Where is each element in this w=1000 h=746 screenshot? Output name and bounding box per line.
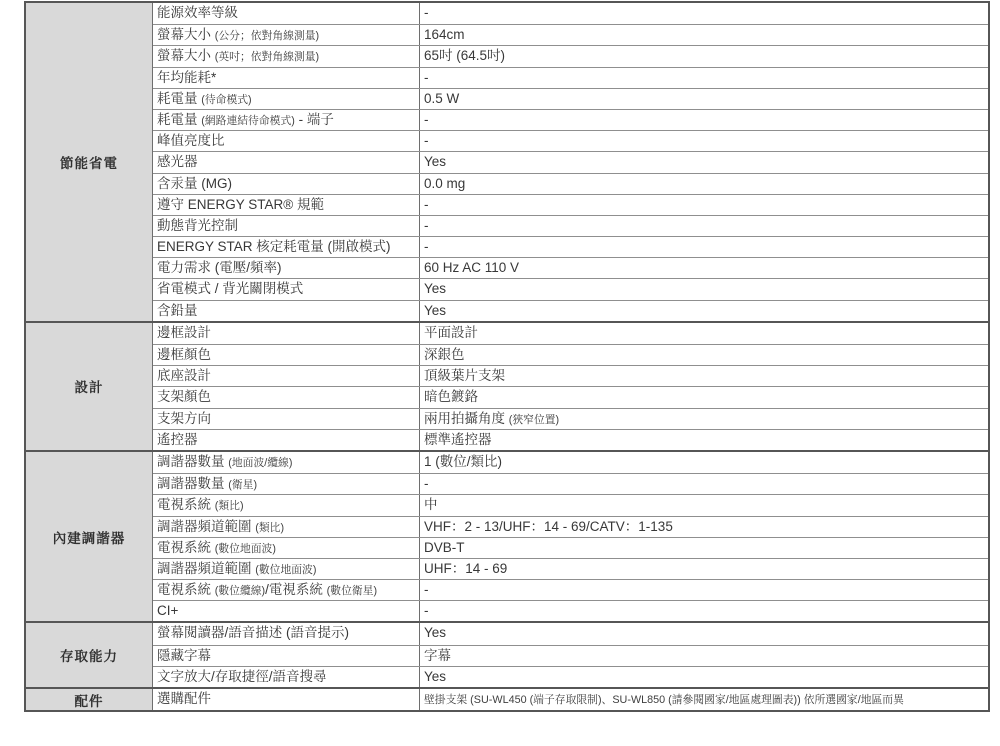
spec-name-cell: 支架方向 (153, 409, 420, 429)
spec-value-cell: - (420, 601, 988, 621)
spec-text-small: (地面波/纜線) (228, 457, 292, 469)
spec-rows: 邊框設計平面設計邊框顏色深銀色底座設計頂級葉片支架支架顏色暗色鍍鉻支架方向兩用拍… (153, 323, 988, 450)
category-cell: 節能省電 (26, 3, 153, 321)
spec-text: 邊框設計 (157, 325, 211, 340)
spec-name-cell: 電視系統 (類比) (153, 495, 420, 515)
spec-value-cell: - (420, 195, 988, 215)
spec-row: 耗電量 (網路連結待命模式) - 端子- (153, 109, 988, 130)
spec-text-small: (衛星) (228, 479, 257, 491)
spec-row: 螢幕大小 (英吋；依對角線測量)65吋 (64.5吋) (153, 45, 988, 66)
spec-text-small: (類比) (215, 500, 244, 512)
spec-text-small: (數位地面波) (255, 564, 316, 576)
category-cell: 設計 (26, 323, 153, 450)
spec-text: 耗電量 (157, 91, 201, 106)
spec-value-cell: 壁掛支架 (SU-WL450 (端子存取限制)、SU-WL850 (請參閱國家/… (420, 689, 988, 710)
spec-text: 年均能耗* (157, 70, 216, 85)
spec-value-cell: 頂級葉片支架 (420, 366, 988, 386)
spec-text: 60 Hz AC 110 V (424, 260, 519, 275)
spec-section: 存取能力螢幕閱讀器/語音描述 (語音提示)Yes隱藏字幕字幕文字放大/存取捷徑/… (26, 621, 988, 687)
spec-row: 峰值亮度比- (153, 130, 988, 151)
spec-text: 深銀色 (424, 347, 465, 362)
spec-text-small: (數位地面波) (215, 543, 276, 555)
spec-text: 文字放大/存取捷徑/語音搜尋 (157, 669, 327, 684)
spec-text-small: (公分；依對角線測量) (215, 30, 319, 42)
spec-section: 設計邊框設計平面設計邊框顏色深銀色底座設計頂級葉片支架支架顏色暗色鍍鉻支架方向兩… (26, 321, 988, 450)
spec-rows: 螢幕閱讀器/語音描述 (語音提示)Yes隱藏字幕字幕文字放大/存取捷徑/語音搜尋… (153, 623, 988, 687)
spec-row: 耗電量 (待命模式)0.5 W (153, 88, 988, 109)
spec-section: 配件選購配件壁掛支架 (SU-WL450 (端子存取限制)、SU-WL850 (… (26, 687, 988, 710)
spec-row: 螢幕大小 (公分；依對角線測量)164cm (153, 24, 988, 45)
spec-name-cell: 峰值亮度比 (153, 131, 420, 151)
spec-value-cell: 164cm (420, 25, 988, 45)
spec-value-cell: - (420, 3, 988, 24)
spec-text: ENERGY STAR 核定耗電量 (開啟模式) (157, 239, 391, 254)
spec-name-cell: 底座設計 (153, 366, 420, 386)
spec-text: 中 (424, 497, 438, 512)
spec-text: - (424, 5, 429, 20)
spec-text: 邊框顏色 (157, 347, 211, 362)
spec-text-small: (英吋；依對角線測量) (215, 51, 319, 63)
spec-text: 含汞量 (MG) (157, 176, 232, 191)
spec-value-cell: Yes (420, 667, 988, 687)
spec-value-cell: 字幕 (420, 646, 988, 666)
spec-text: DVB-T (424, 540, 465, 555)
spec-text: - (424, 197, 429, 212)
spec-name-cell: 含汞量 (MG) (153, 174, 420, 194)
spec-row: 省電模式 / 背光關閉模式Yes (153, 278, 988, 299)
spec-name-cell: 調諧器數量 (衛星) (153, 474, 420, 494)
spec-text: 標準遙控器 (424, 432, 492, 447)
spec-name-cell: 電視系統 (數位地面波) (153, 538, 420, 558)
spec-text-small: (類比) (255, 522, 284, 534)
spec-value-cell: VHF：2 - 13/UHF：14 - 69/CATV：1-135 (420, 517, 988, 537)
spec-row: 調諧器數量 (地面波/纜線)1 (數位/類比) (153, 452, 988, 473)
spec-text: - 端子 (295, 112, 334, 127)
spec-row: 含汞量 (MG)0.0 mg (153, 173, 988, 194)
spec-text: 暗色鍍鉻 (424, 389, 478, 404)
spec-value-cell: 0.5 W (420, 89, 988, 109)
spec-text: 選購配件 (157, 691, 211, 706)
spec-row: 調諧器數量 (衛星)- (153, 473, 988, 494)
spec-text: 螢幕大小 (157, 48, 215, 63)
spec-text: 遙控器 (157, 432, 198, 447)
spec-value-cell: Yes (420, 623, 988, 644)
spec-name-cell: ENERGY STAR 核定耗電量 (開啟模式) (153, 237, 420, 257)
spec-value-cell: - (420, 68, 988, 88)
spec-value-cell: 65吋 (64.5吋) (420, 46, 988, 66)
spec-text: 底座設計 (157, 368, 211, 383)
spec-name-cell: 隱藏字幕 (153, 646, 420, 666)
spec-text: Yes (424, 281, 446, 296)
spec-text: - (424, 133, 429, 148)
spec-text: 164cm (424, 27, 465, 42)
spec-text: 調諧器頻道範圍 (157, 561, 255, 576)
spec-name-cell: 電力需求 (電壓/頻率) (153, 258, 420, 278)
spec-name-cell: 感光器 (153, 152, 420, 172)
spec-name-cell: 耗電量 (待命模式) (153, 89, 420, 109)
spec-text: 1 (數位/類比) (424, 454, 502, 469)
spec-name-cell: 調諧器頻道範圍 (數位地面波) (153, 559, 420, 579)
spec-value-cell: Yes (420, 279, 988, 299)
spec-rows: 調諧器數量 (地面波/纜線)1 (數位/類比)調諧器數量 (衛星)-電視系統 (… (153, 452, 988, 622)
spec-name-cell: 省電模式 / 背光關閉模式 (153, 279, 420, 299)
spec-text: - (424, 582, 429, 597)
spec-row: ENERGY STAR 核定耗電量 (開啟模式)- (153, 236, 988, 257)
spec-text: /電視系統 (265, 582, 327, 597)
spec-text: 耗電量 (157, 112, 201, 127)
spec-text: 螢幕大小 (157, 27, 215, 42)
spec-row: 年均能耗*- (153, 67, 988, 88)
spec-row: 支架方向兩用拍攝角度 (狹窄位置) (153, 408, 988, 429)
spec-name-cell: 邊框設計 (153, 323, 420, 344)
spec-name-cell: 動態背光控制 (153, 216, 420, 236)
spec-value-cell: - (420, 580, 988, 600)
spec-value-cell: - (420, 237, 988, 257)
spec-row: 螢幕閱讀器/語音描述 (語音提示)Yes (153, 623, 988, 644)
spec-name-cell: 年均能耗* (153, 68, 420, 88)
spec-value-cell: Yes (420, 152, 988, 172)
spec-name-cell: 螢幕大小 (英吋；依對角線測量) (153, 46, 420, 66)
spec-row: 邊框設計平面設計 (153, 323, 988, 344)
spec-row: 遙控器標準遙控器 (153, 429, 988, 450)
spec-text: 調諧器數量 (157, 476, 228, 491)
spec-name-cell: 含鉛量 (153, 301, 420, 321)
spec-text: 65吋 (64.5吋) (424, 48, 505, 63)
spec-row: 電力需求 (電壓/頻率)60 Hz AC 110 V (153, 257, 988, 278)
spec-value-cell: 60 Hz AC 110 V (420, 258, 988, 278)
spec-value-cell: DVB-T (420, 538, 988, 558)
spec-text: VHF：2 - 13/UHF：14 - 69/CATV：1-135 (424, 519, 673, 534)
spec-row: 調諧器頻道範圍 (數位地面波)UHF：14 - 69 (153, 558, 988, 579)
spec-text-small: (待命模式) (201, 94, 251, 106)
spec-name-cell: 遵守 ENERGY STAR® 規範 (153, 195, 420, 215)
spec-row: 調諧器頻道範圍 (類比)VHF：2 - 13/UHF：14 - 69/CATV：… (153, 516, 988, 537)
spec-value-cell: UHF：14 - 69 (420, 559, 988, 579)
category-cell: 配件 (26, 689, 153, 710)
spec-rows: 能源效率等級-螢幕大小 (公分；依對角線測量)164cm螢幕大小 (英吋；依對角… (153, 3, 988, 321)
spec-name-cell: 遙控器 (153, 430, 420, 450)
spec-text: - (424, 603, 429, 618)
spec-value-cell: 深銀色 (420, 345, 988, 365)
spec-row: 邊框顏色深銀色 (153, 344, 988, 365)
spec-text: 省電模式 / 背光關閉模式 (157, 281, 303, 296)
spec-text: 螢幕閱讀器/語音描述 (語音提示) (157, 625, 349, 640)
spec-row: CI+- (153, 600, 988, 621)
spec-text: CI+ (157, 603, 178, 618)
spec-name-cell: 螢幕大小 (公分；依對角線測量) (153, 25, 420, 45)
spec-text-small: 壁掛支架 (SU-WL450 (端子存取限制)、SU-WL850 (請參閱國家/… (424, 694, 904, 706)
spec-value-cell: Yes (420, 301, 988, 321)
spec-value-cell: 1 (數位/類比) (420, 452, 988, 473)
spec-name-cell: 螢幕閱讀器/語音描述 (語音提示) (153, 623, 420, 644)
spec-value-cell: 標準遙控器 (420, 430, 988, 450)
spec-text-small: (狹窄位置) (509, 414, 559, 426)
spec-text: 峰值亮度比 (157, 133, 225, 148)
spec-row: 電視系統 (數位地面波)DVB-T (153, 537, 988, 558)
spec-name-cell: 選購配件 (153, 689, 420, 710)
spec-text: 感光器 (157, 154, 198, 169)
spec-name-cell: 邊框顏色 (153, 345, 420, 365)
spec-text: - (424, 70, 429, 85)
spec-text: - (424, 112, 429, 127)
spec-text: 支架方向 (157, 411, 211, 426)
spec-name-cell: CI+ (153, 601, 420, 621)
spec-name-cell: 能源效率等級 (153, 3, 420, 24)
spec-text: Yes (424, 625, 446, 640)
spec-text: 調諧器頻道範圍 (157, 519, 255, 534)
spec-text: 頂級葉片支架 (424, 368, 505, 383)
spec-value-cell: 中 (420, 495, 988, 515)
spec-row: 電視系統 (類比)中 (153, 494, 988, 515)
spec-row: 底座設計頂級葉片支架 (153, 365, 988, 386)
spec-text: - (424, 218, 429, 233)
spec-text: 電視系統 (157, 540, 215, 555)
spec-name-cell: 文字放大/存取捷徑/語音搜尋 (153, 667, 420, 687)
spec-text: 電視系統 (157, 582, 215, 597)
spec-value-cell: - (420, 474, 988, 494)
spec-value-cell: 兩用拍攝角度 (狹窄位置) (420, 409, 988, 429)
spec-section: 節能省電能源效率等級-螢幕大小 (公分；依對角線測量)164cm螢幕大小 (英吋… (26, 3, 988, 321)
spec-text: 含鉛量 (157, 303, 198, 318)
spec-row: 支架顏色暗色鍍鉻 (153, 386, 988, 407)
spec-name-cell: 電視系統 (數位纜線)/電視系統 (數位衛星) (153, 580, 420, 600)
spec-section: 內建調諧器調諧器數量 (地面波/纜線)1 (數位/類比)調諧器數量 (衛星)-電… (26, 450, 988, 622)
spec-name-cell: 支架顏色 (153, 387, 420, 407)
spec-text: Yes (424, 303, 446, 318)
spec-row: 含鉛量Yes (153, 300, 988, 321)
spec-value-cell: 0.0 mg (420, 174, 988, 194)
spec-text: 兩用拍攝角度 (424, 411, 509, 426)
spec-text: 支架顏色 (157, 389, 211, 404)
spec-text: Yes (424, 669, 446, 684)
product-spec-table: 節能省電能源效率等級-螢幕大小 (公分；依對角線測量)164cm螢幕大小 (英吋… (24, 1, 990, 712)
category-cell: 內建調諧器 (26, 452, 153, 622)
spec-text: 0.0 mg (424, 176, 465, 191)
spec-text-small: (網路連結待命模式) (201, 115, 295, 127)
spec-row: 選購配件壁掛支架 (SU-WL450 (端子存取限制)、SU-WL850 (請參… (153, 689, 988, 710)
spec-text: 字幕 (424, 648, 451, 663)
spec-value-cell: 平面設計 (420, 323, 988, 344)
spec-name-cell: 耗電量 (網路連結待命模式) - 端子 (153, 110, 420, 130)
spec-text: 電視系統 (157, 497, 215, 512)
spec-text: 調諧器數量 (157, 454, 228, 469)
spec-rows: 選購配件壁掛支架 (SU-WL450 (端子存取限制)、SU-WL850 (請參… (153, 689, 988, 710)
spec-row: 遵守 ENERGY STAR® 規範- (153, 194, 988, 215)
spec-value-cell: - (420, 110, 988, 130)
spec-text: - (424, 476, 429, 491)
spec-text: Yes (424, 154, 446, 169)
spec-text: 0.5 W (424, 91, 459, 106)
spec-text: 動態背光控制 (157, 218, 238, 233)
spec-name-cell: 調諧器數量 (地面波/纜線) (153, 452, 420, 473)
spec-row: 能源效率等級- (153, 3, 988, 24)
spec-text: UHF：14 - 69 (424, 561, 507, 576)
spec-text: 電力需求 (電壓/頻率) (157, 260, 282, 275)
spec-value-cell: - (420, 216, 988, 236)
category-cell: 存取能力 (26, 623, 153, 687)
spec-row: 感光器Yes (153, 151, 988, 172)
spec-row: 動態背光控制- (153, 215, 988, 236)
spec-text: 平面設計 (424, 325, 478, 340)
spec-row: 文字放大/存取捷徑/語音搜尋Yes (153, 666, 988, 687)
spec-text: 遵守 ENERGY STAR® 規範 (157, 197, 324, 212)
spec-name-cell: 調諧器頻道範圍 (類比) (153, 517, 420, 537)
spec-row: 電視系統 (數位纜線)/電視系統 (數位衛星)- (153, 579, 988, 600)
spec-text: 隱藏字幕 (157, 648, 211, 663)
spec-text-small: (數位纜線) (215, 585, 265, 597)
spec-value-cell: - (420, 131, 988, 151)
spec-text: 能源效率等級 (157, 5, 238, 20)
spec-text: - (424, 239, 429, 254)
spec-row: 隱藏字幕字幕 (153, 645, 988, 666)
spec-value-cell: 暗色鍍鉻 (420, 387, 988, 407)
spec-text-small: (數位衛星) (327, 585, 377, 597)
